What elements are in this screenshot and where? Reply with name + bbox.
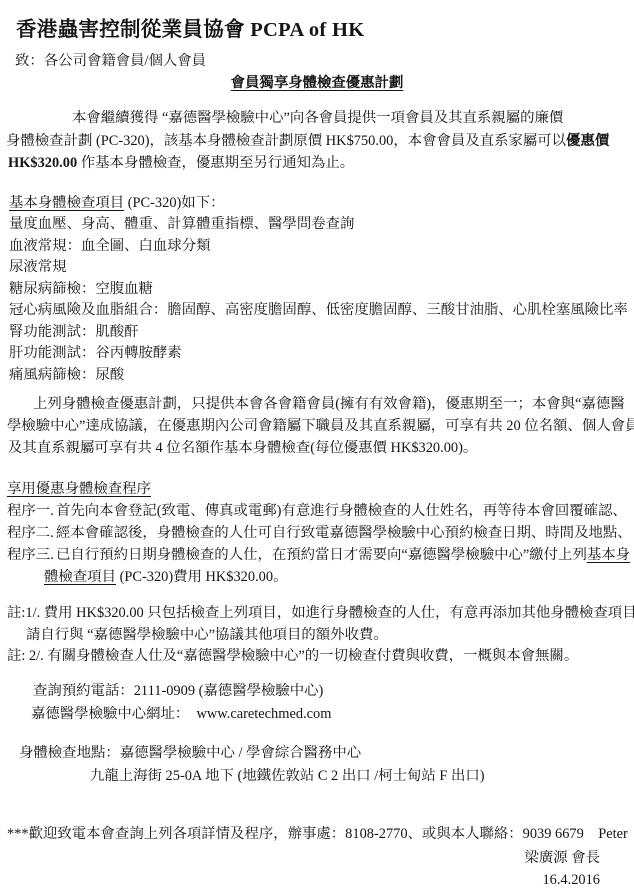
procedure-row-2: 程序二.經本會確認後，身體檢查的人仕可自行致電嘉德醫學檢驗中心預約檢查日期、時間…	[0, 522, 634, 544]
signature-date: 16.4.2016	[0, 869, 600, 891]
hotline-footer: ***歡迎致電本會查詢上列各項詳情及程序，辦事處：8108-2770、或與本人聯…	[0, 823, 634, 845]
procedure-text: 首先向本會登記(致電、傳真或電郵)有意進行身體檢查的人仕姓名，再等待本會回覆確認…	[56, 503, 627, 519]
procedure-label: 程序二.	[7, 522, 56, 544]
procedure-row-1: 程序一.首先向本會登記(致電、傳真或電郵)有意進行身體檢查的人仕姓名，再等待本會…	[0, 500, 634, 522]
recipient-line: 致：各公司會籍會員/個人會員	[0, 50, 634, 72]
signature-name: 梁廣源 會長	[0, 847, 600, 869]
notes-section: 註:1/. 費用 HK$320.00 只包括檢查上列項目，如進行身體檢查的人仕，…	[0, 603, 634, 668]
website-line: 嘉德醫學檢驗中心網址： www.caretechmed.com	[0, 703, 634, 726]
checkup-item: 尿液常規	[0, 257, 634, 279]
procedure-label: 程序三.	[7, 544, 56, 566]
procedure-text: 已自行預約日期身體檢查的人仕，在預約當日才需要向“嘉德醫學檢驗中心”繳付上列基本…	[56, 547, 630, 563]
address-line: 九龍上海街 25-0A 地下 (地鐵佐敦站 C 2 出口 /柯士甸站 F 出口)	[0, 765, 634, 788]
terms-line-2: 學檢驗中心”達成協議，在優惠期內公司會籍屬下職員及其直系親屬，可享有共 20 位…	[0, 415, 634, 437]
checkup-item: 量度血壓、身高、體重、計算體重指標、醫學問卷查詢	[0, 214, 634, 236]
location-line: 身體檢查地點：嘉德醫學檢驗中心 / 學會綜合醫務中心	[0, 742, 634, 765]
location-section: 身體檢查地點：嘉德醫學檢驗中心 / 學會綜合醫務中心 九龍上海街 25-0A 地…	[0, 742, 634, 788]
checkup-items-section: 基本身體檢查項目 (PC-320)如下： 量度血壓、身高、體重、計算體重指標、醫…	[0, 193, 634, 387]
intro-line-2: 身體檢查計劃 (PC-320)，該基本身體檢查計劃原價 HK$750.00，本會…	[0, 130, 634, 153]
page-title: 香港蟲害控制從業員協會 PCPA of HK	[0, 16, 634, 44]
checkup-item: 腎功能測試：肌酸酐	[0, 322, 634, 344]
terms-line-3: 及其直系親屬可享有共 4 位名額作基本身體檢查(每位優惠價 HK$320.00)…	[0, 437, 634, 459]
note-line-2: 請自行與 “嘉德醫學檢驗中心”協議其他項目的額外收費。	[0, 625, 634, 647]
procedures-heading: 享用優惠身體檢查程序	[0, 478, 634, 500]
note-line-3: 註: 2/. 有關身體檢查人仕及“嘉德醫學檢驗中心”的一切檢查付費與收費，一概與…	[0, 646, 634, 668]
phone-line: 查詢預約電話：2111-0909 (嘉德醫學檢驗中心)	[0, 680, 634, 703]
procedure-row-3: 程序三.已自行預約日期身體檢查的人仕，在預約當日才需要向“嘉德醫學檢驗中心”繳付…	[0, 544, 634, 566]
document-page: 香港蟲害控制從業員協會 PCPA of HK 致：各公司會籍會員/個人會員 會員…	[0, 0, 634, 896]
checkup-item: 冠心病風險及血脂組合：膽固醇、高密度膽固醇、低密度膽固醇、三酸甘油脂、心肌栓塞風…	[0, 300, 634, 322]
contact-section: 查詢預約電話：2111-0909 (嘉德醫學檢驗中心) 嘉德醫學檢驗中心網址： …	[0, 680, 634, 726]
subject-heading: 會員獨享身體檢查優惠計劃	[0, 72, 634, 94]
intro-paragraph: 本會繼續獲得 “嘉德醫學檢驗中心”向各會員提供一項會員及其直系親屬的廉價 身體檢…	[0, 107, 634, 175]
checkup-item: 血液常規：血全圖、白血球分類	[0, 236, 634, 258]
procedure-row-3-continuation: 體檢查項目 (PC-320)費用 HK$320.00。	[0, 566, 634, 588]
terms-line-1: 上列身體檢查優惠計劃，只提供本會各會籍會員(擁有有效會籍)，優惠期至一；本會與“…	[0, 393, 634, 415]
procedure-label: 程序一.	[7, 500, 56, 522]
procedures-list: 程序一.首先向本會登記(致電、傳真或電郵)有意進行身體檢查的人仕姓名，再等待本會…	[0, 500, 634, 588]
terms-paragraph: 上列身體檢查優惠計劃，只提供本會各會籍會員(擁有有效會籍)，優惠期至一；本會與“…	[0, 393, 634, 459]
procedure-text: 經本會確認後，身體檢查的人仕可自行致電嘉德醫學檢驗中心預約檢查日期、時間及地點、	[56, 525, 632, 541]
intro-line-1: 本會繼續獲得 “嘉德醫學檢驗中心”向各會員提供一項會員及其直系親屬的廉價	[0, 107, 634, 130]
checkup-item: 痛風病篩檢：尿酸	[0, 365, 634, 387]
intro-line-3: HK$320.00 作基本身體檢查，優惠期至另行通知為止。	[0, 152, 634, 175]
signature-block: 梁廣源 會長 16.4.2016	[0, 847, 634, 891]
checkup-item: 糖尿病篩檢：空腹血糖	[0, 279, 634, 301]
checkup-item: 肝功能測試：谷丙轉胺酵素	[0, 343, 634, 365]
note-line-1: 註:1/. 費用 HK$320.00 只包括檢查上列項目，如進行身體檢查的人仕，…	[0, 603, 634, 625]
checkup-items-heading: 基本身體檢查項目 (PC-320)如下：	[0, 193, 634, 215]
